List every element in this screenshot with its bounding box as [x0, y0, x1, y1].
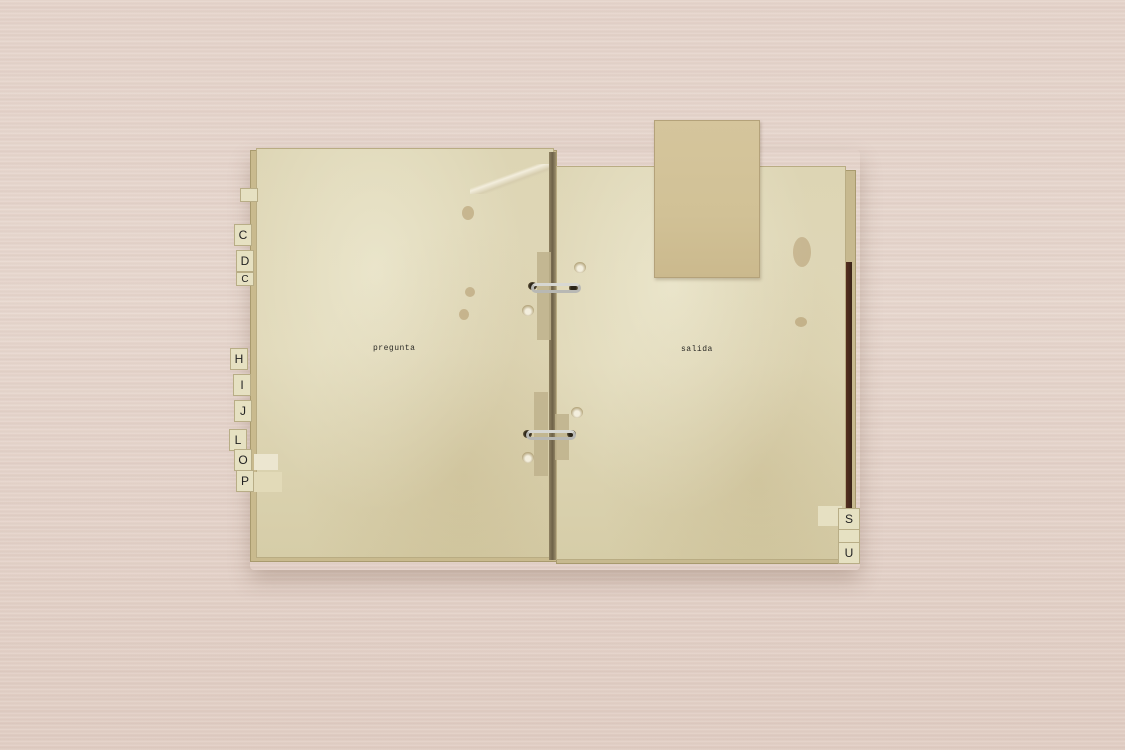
index-tab-c[interactable]: C [234, 224, 252, 246]
index-tab-t[interactable]: T [838, 529, 860, 543]
index-tab-l[interactable]: L [229, 429, 247, 451]
stain [795, 317, 807, 327]
tape-strip [254, 472, 282, 492]
punch-hole [574, 262, 586, 273]
stain [793, 237, 811, 267]
stain [459, 309, 469, 320]
index-tab-d[interactable]: D [236, 250, 254, 272]
punch-hole [522, 305, 534, 316]
binder-ring-top [531, 283, 581, 293]
torn-corner [470, 164, 554, 194]
left-page: pregunta [256, 148, 554, 558]
binder-ring-bottom [526, 430, 576, 440]
stain [465, 287, 475, 297]
left-page-label: pregunta [373, 344, 415, 353]
tape-strip [537, 252, 551, 340]
index-tab-j[interactable]: J [234, 400, 252, 422]
punch-hole [522, 452, 534, 463]
envelope-flap [654, 120, 760, 278]
stain [462, 206, 474, 220]
index-tab-p[interactable]: P [236, 470, 254, 492]
tape-strip [254, 454, 278, 470]
right-page-label: salida [681, 345, 713, 354]
index-tab-o[interactable]: O [234, 449, 252, 471]
index-tab-s[interactable]: S [838, 508, 860, 530]
index-tab-u[interactable]: U [838, 542, 860, 564]
index-tab-i[interactable]: I [233, 374, 251, 396]
punch-hole [571, 407, 583, 418]
index-tab-h[interactable]: H [230, 348, 248, 370]
binding-gutter [549, 152, 556, 560]
index-tab-c2[interactable]: C [236, 272, 254, 286]
index-tab[interactable] [240, 188, 258, 202]
